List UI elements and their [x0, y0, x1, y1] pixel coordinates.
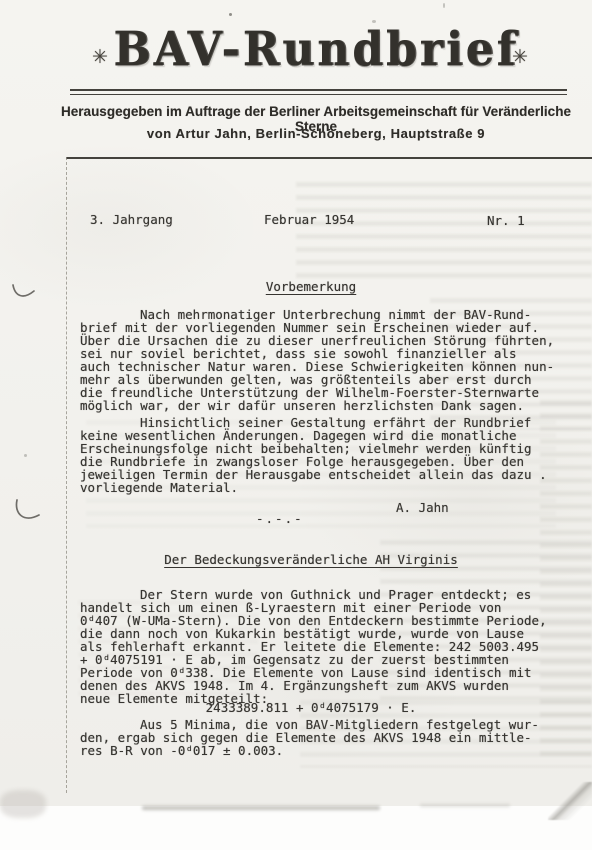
- masthead-double-rule-top: [70, 89, 567, 91]
- ink-speck: [229, 13, 232, 16]
- section-heading-vorbemerkung: Vorbemerkung: [66, 280, 556, 293]
- pen-mark-icon: [10, 494, 44, 528]
- section-divider: -.-.-: [256, 512, 304, 525]
- issue-number-label: Nr. 1: [487, 214, 525, 227]
- vorbemerkung-paragraph-2: Hinsichtlich seiner Gestaltung erfährt d…: [80, 416, 580, 494]
- ephemeris-formula: 2433389.811 + 0ᵈ4075179 · E.: [66, 701, 556, 714]
- ink-speck: [372, 20, 376, 23]
- ink-speck: [24, 454, 27, 457]
- header-rule: [66, 157, 592, 159]
- margin-guide-line: [66, 157, 67, 793]
- ah-virginis-paragraph-2: Aus 5 Minima, die von BAV-Mitgliedern fe…: [80, 718, 580, 757]
- volume-label: 3. Jahrgang: [90, 213, 173, 226]
- ink-speck: [443, 3, 445, 8]
- corner-smudge: [0, 790, 46, 818]
- pen-mark-icon: [8, 278, 38, 304]
- masthead-ornament-right-icon: ✳: [512, 46, 528, 68]
- ah-virginis-paragraph-1: Der Stern wurde von Guthnick und Prager …: [80, 588, 580, 705]
- vorbemerkung-paragraph-1: Nach mehrmonatiger Unterbrechung nimmt d…: [80, 308, 580, 412]
- signature: A. Jahn: [396, 501, 449, 514]
- newsletter-title: BAV-Rundbrief: [86, 22, 546, 76]
- masthead-double-rule-bottom: [70, 94, 567, 95]
- paper-edge-shadow: [420, 804, 510, 807]
- issue-date-label: Februar 1954: [264, 213, 354, 226]
- section-heading-ah-virginis: Der Bedeckungsveränderliche AH Virginis: [66, 553, 556, 566]
- scanned-page: ✳ BAV-Rundbrief ✳ Herausgegeben im Auftr…: [0, 0, 592, 850]
- page-corner-fold: [548, 782, 592, 820]
- publisher-line-2: von Artur Jahn, Berlin-Schöneberg, Haupt…: [40, 126, 592, 141]
- paper-edge-shadow: [142, 806, 380, 810]
